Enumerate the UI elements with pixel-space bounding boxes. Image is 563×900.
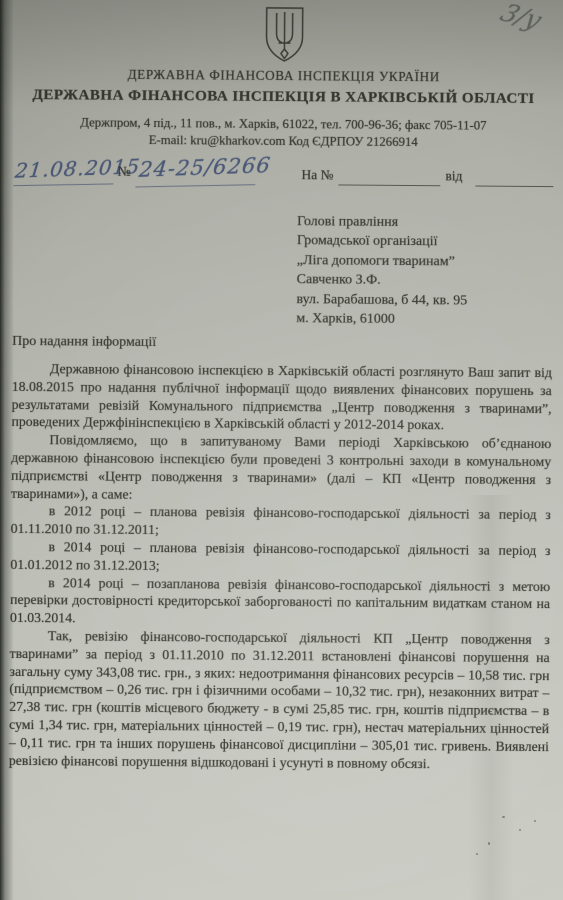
dust-speck <box>476 853 478 855</box>
number-underline <box>135 184 255 187</box>
org-contact: E-mail: kru@kharkov.com Код ЄДРПОУ 21266… <box>2 132 563 151</box>
date-underline <box>13 183 113 186</box>
body-paragraph: Повідомляємо, що в запитуваному Вами пер… <box>11 431 552 506</box>
body-paragraph: Так, ревізію фінансово-господарської дія… <box>9 627 550 774</box>
scanned-letter-photo: 3/у ДЕРЖАВНА ФІНАНСОВА ІНСПЕКЦІЯ УКРАЇНИ… <box>0 0 563 900</box>
dust-speck <box>534 820 536 822</box>
dust-speck <box>488 842 490 845</box>
letter-body: Державною фінансовою інспекцією в Харків… <box>9 360 552 774</box>
from-date-blank <box>475 186 553 188</box>
handwritten-number: 24-25/6266 <box>138 153 272 182</box>
recipient-block: Голові правління Громадської організації… <box>296 212 468 330</box>
body-paragraph: в 2014 році – планова ревізія фінансово-… <box>10 538 550 578</box>
org-title: ДЕРЖАВНА ФІНАНСОВА ІНСПЕКЦІЯ В ХАРКІВСЬК… <box>2 86 563 108</box>
body-paragraph: Державною фінансовою інспекцією в Харків… <box>11 360 552 435</box>
dust-speck <box>502 816 505 818</box>
from-date-label: від <box>445 168 462 184</box>
reference-row: 21.08.2015 № 24-25/6266 На № від <box>13 156 553 196</box>
dust-speck <box>519 829 521 831</box>
body-paragraph: в 2012 році – планова ревізія фінансово-… <box>11 502 551 542</box>
letter-subject: Про надання інформації <box>12 334 156 351</box>
org-address: Держпром, 4 під., 11 пов., м. Харків, 61… <box>2 115 563 134</box>
recipient-line: вул. Барабашова, б 44, кв. 95 <box>296 290 467 311</box>
incoming-number-blank <box>338 184 440 186</box>
recipient-line: Громадської організації <box>297 232 468 253</box>
recipient-line: Савченко З.Ф. <box>297 270 468 291</box>
body-paragraph: в 2014 році – позапланова ревізія фінанс… <box>10 573 550 631</box>
number-sign-label: № <box>117 165 130 181</box>
parent-org-title: ДЕРЖАВНА ФІНАНСОВА ІНСПЕКЦІЯ УКРАЇНИ <box>2 66 563 86</box>
recipient-line: м. Харків, 61000 <box>296 309 467 330</box>
recipient-line: Голові правління <box>297 212 468 233</box>
ukraine-trident-icon <box>259 6 309 64</box>
letter-content: ДЕРЖАВНА ФІНАНСОВА ІНСПЕКЦІЯ УКРАЇНИ ДЕР… <box>0 0 563 900</box>
recipient-line: „Ліга допомоги тваринам” <box>297 251 468 272</box>
incoming-number-label: На № <box>301 167 333 183</box>
